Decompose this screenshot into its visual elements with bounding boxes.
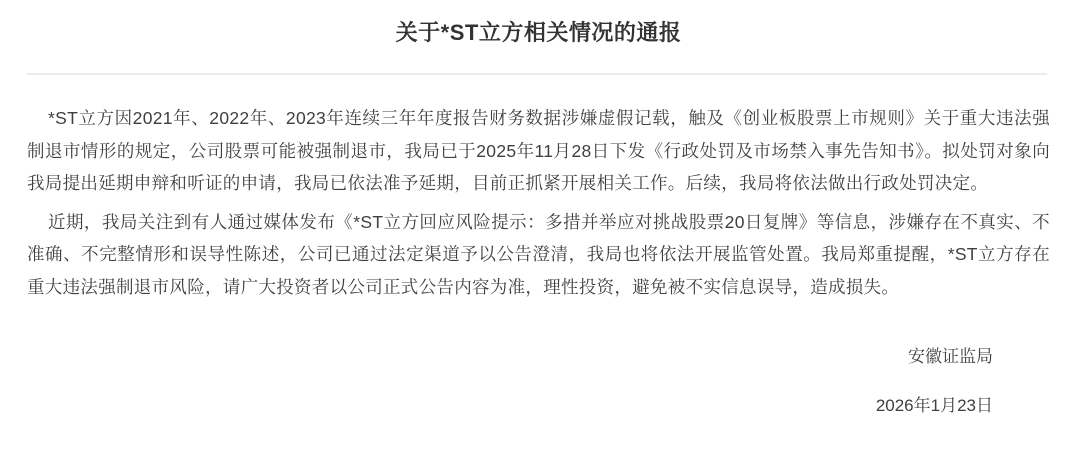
title-divider (27, 73, 1047, 75)
signature-block: 安徽证监局 2026年1月23日 (27, 347, 993, 416)
notice-paragraph-1: *ST立方因2021年、2022年、2023年连续三年年度报告财务数据涉嫌虚假记… (27, 102, 1050, 200)
notice-paragraph-2: 近期，我局关注到有人通过媒体发布《*ST立方回应风险提示：多措并举应对挑战股票2… (27, 206, 1050, 304)
notice-document: 关于*ST立方相关情况的通报 *ST立方因2021年、2022年、2023年连续… (0, 0, 1080, 450)
signature-issuer: 安徽证监局 (27, 347, 993, 367)
page-title: 关于*ST立方相关情况的通报 (27, 18, 1050, 48)
signature-date: 2026年1月23日 (27, 396, 993, 416)
notice-body: *ST立方因2021年、2022年、2023年连续三年年度报告财务数据涉嫌虚假记… (27, 102, 1050, 303)
